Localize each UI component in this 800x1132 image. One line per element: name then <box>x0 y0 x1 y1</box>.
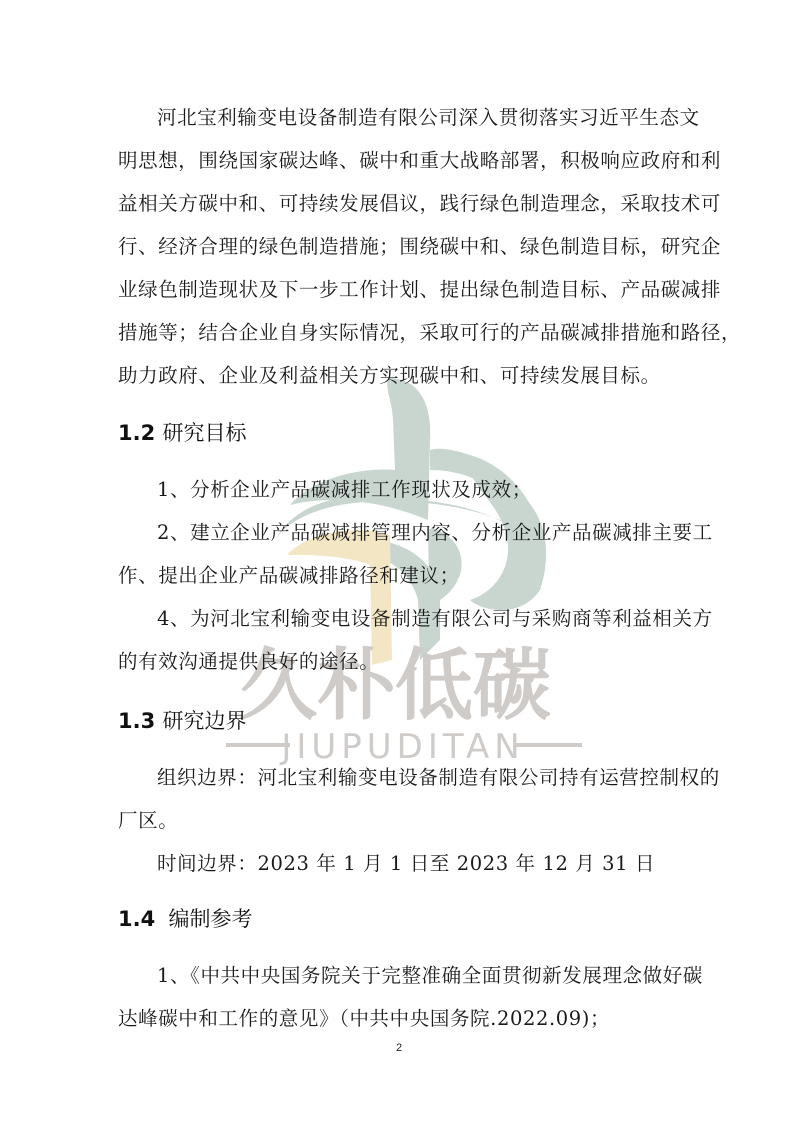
research-goals-list: 1、分析企业产品碳减排工作现状及成效； 2、建立企业产品碳减排管理内容、分析企业… <box>118 468 684 683</box>
text-line: 业绿色制造现状及下一步工作计划、提出绿色制造目标、产品碳减排 <box>118 268 684 311</box>
text-line: 助力政府、企业及利益相关方实现碳中和、可持续发展目标。 <box>118 354 684 397</box>
text-line: 行、经济合理的绿色制造措施；围绕碳中和、绿色制造目标，研究企 <box>118 225 684 268</box>
document-page: 久朴低碳 JIUPUDITAN 河北宝利输变电设备制造有限公司深入贯彻落实习近平… <box>0 0 800 1132</box>
section-heading-1-2: 1.2 研究目标 <box>118 417 247 447</box>
section-heading-1-3: 1.3 研究边界 <box>118 705 247 735</box>
text-line: 河北宝利输变电设备制造有限公司深入贯彻落实习近平生态文 <box>118 96 684 139</box>
section-number: 1.2 <box>118 421 155 445</box>
section-number: 1.4 <box>118 907 155 931</box>
section-title: 编制参考 <box>169 907 253 931</box>
list-item: 4、为河北宝利输变电设备制造有限公司与采购商等利益相关方 <box>118 597 684 640</box>
time-boundary-text: 时间边界：2023 年 1 月 1 日至 2023 年 12 月 31 日 <box>118 842 684 885</box>
text-line: 益相关方碳中和、可持续发展倡议，践行绿色制造理念，采取技术可 <box>118 182 684 225</box>
page-number: 2 <box>396 1042 402 1054</box>
reference-item: 1、《中共中央国务院关于完整准确全面贯彻新发展理念做好碳 <box>118 954 684 997</box>
text-line: 措施等；结合企业自身实际情况，采取可行的产品碳减排措施和路径， <box>118 311 684 354</box>
intro-paragraph: 河北宝利输变电设备制造有限公司深入贯彻落实习近平生态文 明思想，围绕国家碳达峰、… <box>118 96 684 397</box>
section-title: 研究目标 <box>163 421 247 445</box>
section-heading-1-4: 1.4 编制参考 <box>118 903 253 933</box>
reference-item-continued: 达峰碳中和工作的意见》（中共中央国务院.2022.09)； <box>118 997 684 1040</box>
section-number: 1.3 <box>118 709 155 733</box>
org-boundary-text-continued: 厂区。 <box>118 799 684 842</box>
list-item-continued: 作、提出企业产品碳减排路径和建议； <box>118 554 684 597</box>
research-boundary: 组织边界：河北宝利输变电设备制造有限公司持有运营控制权的 厂区。 时间边界：20… <box>118 756 684 885</box>
text-line: 明思想，围绕国家碳达峰、碳中和重大战略部署，积极响应政府和利 <box>118 139 684 182</box>
list-item: 1、分析企业产品碳减排工作现状及成效； <box>118 468 684 511</box>
section-title: 研究边界 <box>163 709 247 733</box>
list-item-continued: 的有效沟通提供良好的途径。 <box>118 640 684 683</box>
list-item: 2、建立企业产品碳减排管理内容、分析企业产品碳减排主要工 <box>118 511 684 554</box>
org-boundary-text: 组织边界：河北宝利输变电设备制造有限公司持有运营控制权的 <box>118 756 684 799</box>
references-list: 1、《中共中央国务院关于完整准确全面贯彻新发展理念做好碳 达峰碳中和工作的意见》… <box>118 954 684 1040</box>
